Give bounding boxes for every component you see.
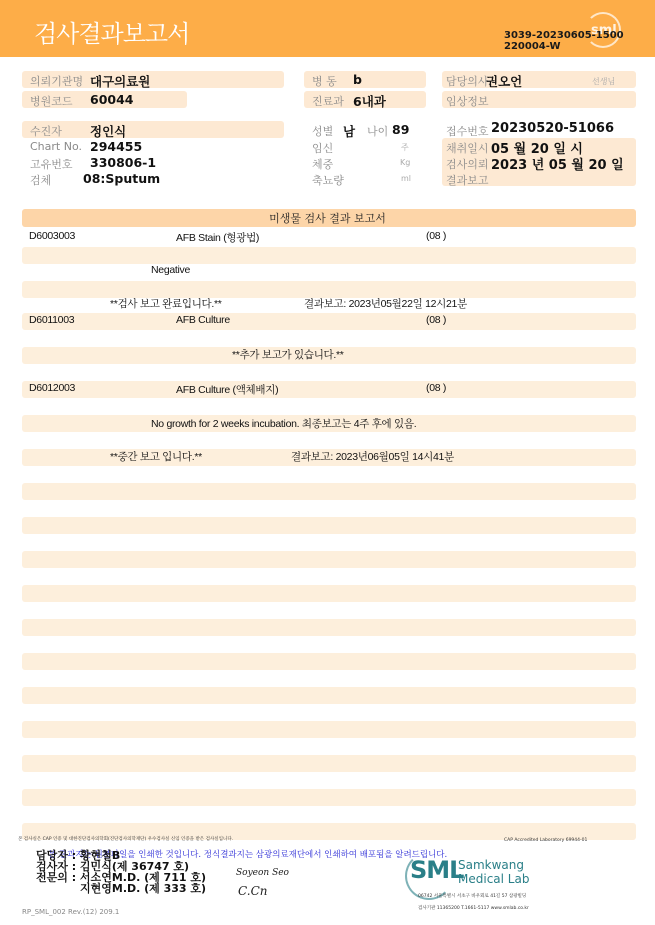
specimen-label: 검체	[30, 172, 51, 188]
report-code: 3039-20230605-1500 220004-W	[504, 30, 624, 52]
section-title: 미생물 검사 결과 보고서	[0, 210, 655, 226]
institution-value: 대구의료원	[90, 72, 150, 90]
row-stripe	[22, 789, 636, 806]
receipt-no-value: 20230520-51066	[491, 121, 614, 136]
row-stripe	[22, 517, 636, 534]
specimen-value: 08:Sputum	[83, 171, 160, 186]
signature-2: C.Cn	[238, 884, 267, 898]
row-stripe	[22, 585, 636, 602]
test-name: AFB Stain (형광법)	[176, 230, 259, 245]
institution-label: 의뢰기관명	[30, 73, 83, 89]
pregnancy-label: 임신	[312, 140, 333, 156]
receipt-no-label: 접수번호	[446, 123, 489, 139]
row-stripe	[22, 381, 636, 398]
report-label: 결과보고	[446, 172, 489, 188]
clinical-info-label: 임상정보	[446, 93, 489, 109]
row-stripe	[22, 619, 636, 636]
lab-name: Samkwang Medical Lab	[458, 858, 529, 886]
sex-value: 남	[343, 122, 355, 140]
request-label: 검사의뢰	[446, 156, 489, 172]
weight-label: 체중	[312, 156, 333, 172]
status-message: **중간 보고 입니다.**	[110, 449, 202, 464]
hospital-code-value: 60044	[90, 92, 134, 107]
sex-label: 성별	[312, 123, 333, 139]
age-value: 89	[392, 122, 409, 137]
patient-value: 정인식	[90, 122, 126, 140]
row-stripe	[22, 551, 636, 568]
patient-label: 수진자	[30, 123, 62, 139]
chart-no-value: 294455	[90, 139, 142, 154]
pregnancy-unit: 주	[401, 142, 409, 153]
row-stripe	[22, 687, 636, 704]
revision-code: RP_SML_002 Rev.(12) 209.1	[22, 908, 119, 916]
test-specimen: (08 )	[426, 382, 446, 394]
certification-text: 본 검사실은 CAP 인증 및 대한진단검사의학회(진단검사의학재단) 우수검사…	[18, 836, 233, 842]
test-name: AFB Culture (액체배지)	[176, 382, 278, 397]
urine-label: 축뇨량	[312, 172, 344, 188]
report-time: 결과보고: 2023년05월22일 12시21분	[304, 296, 467, 311]
doctor-value: 권오언	[486, 72, 522, 90]
test-result: No growth for 2 weeks incubation. 최종보고는 …	[151, 416, 416, 431]
hospital-code-label: 병원코드	[30, 93, 73, 109]
row-stripe	[22, 653, 636, 670]
ward-value: b	[353, 72, 362, 87]
row-stripe	[22, 755, 636, 772]
report-title: 검사결과보고서	[34, 14, 189, 49]
row-stripe	[22, 313, 636, 330]
report-time: 결과보고: 2023년06월05일 14시41분	[291, 449, 454, 464]
lab-address: 06742 서울특별시 서초구 바우뫼로 41길 57 삼광빌딩	[418, 893, 526, 899]
sml-lab-logo: SML	[410, 856, 463, 884]
unique-no-label: 고유번호	[30, 156, 73, 172]
collection-label: 채취일시	[446, 140, 489, 156]
age-label: 나이	[367, 123, 388, 139]
cap-accreditation: CAP Accredited Laboratory 69944-01	[504, 838, 587, 843]
test-specimen: (08 )	[426, 230, 446, 242]
specialist-2: 지현영M.D. (제 333 호)	[80, 883, 206, 895]
urine-unit: ml	[401, 174, 411, 183]
doctor-label: 담당의사	[446, 73, 489, 89]
test-name: AFB Culture	[176, 314, 230, 326]
unique-no-value: 330806-1	[90, 155, 156, 170]
report-header: 검사결과보고서 sml 3039-20230605-1500 220004-W	[0, 0, 655, 57]
chart-no-label: Chart No.	[30, 140, 82, 153]
test-result: Negative	[151, 264, 190, 276]
test-specimen: (08 )	[426, 314, 446, 326]
signature-1: Soyeon Seo	[236, 868, 289, 878]
department-label: 진료과	[312, 93, 344, 109]
test-code: D6011003	[29, 314, 74, 326]
weight-unit: Kg	[400, 158, 410, 167]
test-code: D6012003	[29, 382, 75, 394]
row-stripe	[22, 721, 636, 738]
lab-contact: 검사기관 11365200 T.1661-5117 www.smlab.co.k…	[418, 905, 529, 911]
row-stripe	[22, 483, 636, 500]
row-stripe	[22, 247, 636, 264]
ward-label: 병 동	[312, 73, 337, 89]
test-code: D6003003	[29, 230, 75, 242]
department-value: 6내과	[353, 92, 386, 110]
request-value: 2023 년 05 월 20 일	[491, 154, 624, 173]
status-message: **추가 보고가 있습니다.**	[232, 347, 344, 362]
doctor-suffix: 선생님	[592, 76, 615, 87]
status-message: **검사 보고 완료입니다.**	[110, 296, 222, 311]
